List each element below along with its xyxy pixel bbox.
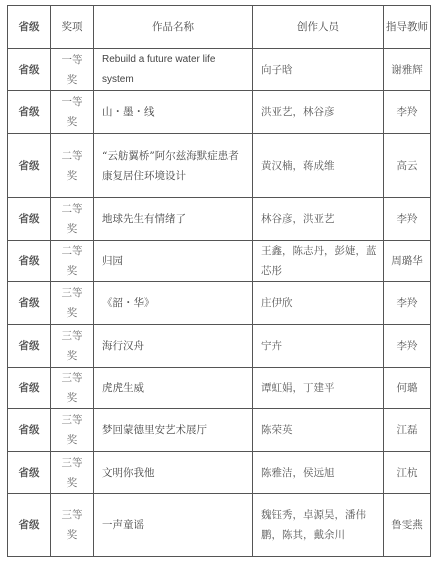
cell-award: 三等奖 [51,409,94,452]
cell-authors: 向子晗 [253,49,384,91]
cell-advisor: 李羚 [384,325,431,368]
table-row: 省级二等奖地球先生有情绪了林谷彦，洪亚艺李羚 [8,198,431,241]
awards-table: 省级 奖项 作品名称 创作人员 指导教师 省级一等奖Rebuild a futu… [7,5,431,557]
header-title: 作品名称 [94,6,253,49]
cell-award: 二等奖 [51,198,94,241]
cell-authors: 黄汉楠，蒋成维 [253,134,384,198]
cell-award: 二等奖 [51,134,94,198]
cell-level: 省级 [8,49,51,91]
table-row: 省级二等奖“云舫翼桥”阿尔兹海默症患者康复居住环境设计黄汉楠，蒋成维高云 [8,134,431,198]
cell-authors: 庄伊欣 [253,282,384,325]
cell-authors: 王鑫，陈志丹，彭婕，蓝芯彤 [253,241,384,282]
cell-title: Rebuild a future water life system [94,49,253,91]
cell-title: 文明你我他 [94,452,253,494]
cell-level: 省级 [8,452,51,494]
cell-authors: 宁卉 [253,325,384,368]
table-row: 省级三等奖虎虎生威谭虹娟，丁建平何璐 [8,368,431,409]
cell-award: 三等奖 [51,325,94,368]
cell-authors: 洪亚艺，林谷彦 [253,91,384,134]
cell-level: 省级 [8,134,51,198]
cell-advisor: 高云 [384,134,431,198]
cell-title: 归园 [94,241,253,282]
cell-award: 一等奖 [51,49,94,91]
cell-title: 海行汉舟 [94,325,253,368]
cell-level: 省级 [8,325,51,368]
cell-title: 一声童谣 [94,494,253,557]
header-row: 省级 奖项 作品名称 创作人员 指导教师 [8,6,431,49]
cell-authors: 陈荣英 [253,409,384,452]
cell-title: 虎虎生威 [94,368,253,409]
cell-advisor: 江杭 [384,452,431,494]
header-award: 奖项 [51,6,94,49]
table-row: 省级三等奖梦回蒙德里安艺术展厅陈荣英江磊 [8,409,431,452]
cell-level: 省级 [8,241,51,282]
table-row: 省级二等奖归园王鑫，陈志丹，彭婕，蓝芯彤周璐华 [8,241,431,282]
cell-award: 二等奖 [51,241,94,282]
cell-award: 一等奖 [51,91,94,134]
cell-title: 山・墨・线 [94,91,253,134]
table-row: 省级一等奖山・墨・线洪亚艺，林谷彦李羚 [8,91,431,134]
cell-authors: 谭虹娟，丁建平 [253,368,384,409]
header-advisor: 指导教师 [384,6,431,49]
cell-title: “云舫翼桥”阿尔兹海默症患者康复居住环境设计 [94,134,253,198]
cell-advisor: 周璐华 [384,241,431,282]
cell-advisor: 江磊 [384,409,431,452]
cell-level: 省级 [8,282,51,325]
cell-title: 《韶・华》 [94,282,253,325]
cell-advisor: 李羚 [384,198,431,241]
table-row: 省级三等奖海行汉舟宁卉李羚 [8,325,431,368]
cell-advisor: 李羚 [384,91,431,134]
header-authors: 创作人员 [253,6,384,49]
cell-award: 三等奖 [51,494,94,557]
cell-level: 省级 [8,368,51,409]
table-row: 省级三等奖文明你我他陈雅洁，侯远旭江杭 [8,452,431,494]
table-row: 省级一等奖Rebuild a future water life system向… [8,49,431,91]
cell-award: 三等奖 [51,452,94,494]
cell-award: 三等奖 [51,282,94,325]
table-row: 省级三等奖一声童谣魏钰秀，卓源昊，潘伟鹏，陈其，戴余川鲁雯燕 [8,494,431,557]
cell-title: 地球先生有情绪了 [94,198,253,241]
cell-title: 梦回蒙德里安艺术展厅 [94,409,253,452]
cell-advisor: 谢雅辉 [384,49,431,91]
header-level: 省级 [8,6,51,49]
cell-level: 省级 [8,494,51,557]
cell-authors: 林谷彦，洪亚艺 [253,198,384,241]
cell-advisor: 李羚 [384,282,431,325]
cell-advisor: 何璐 [384,368,431,409]
cell-level: 省级 [8,91,51,134]
cell-level: 省级 [8,409,51,452]
cell-level: 省级 [8,198,51,241]
cell-advisor: 鲁雯燕 [384,494,431,557]
cell-authors: 魏钰秀，卓源昊，潘伟鹏，陈其，戴余川 [253,494,384,557]
cell-award: 三等奖 [51,368,94,409]
table-row: 省级三等奖《韶・华》庄伊欣李羚 [8,282,431,325]
cell-authors: 陈雅洁，侯远旭 [253,452,384,494]
